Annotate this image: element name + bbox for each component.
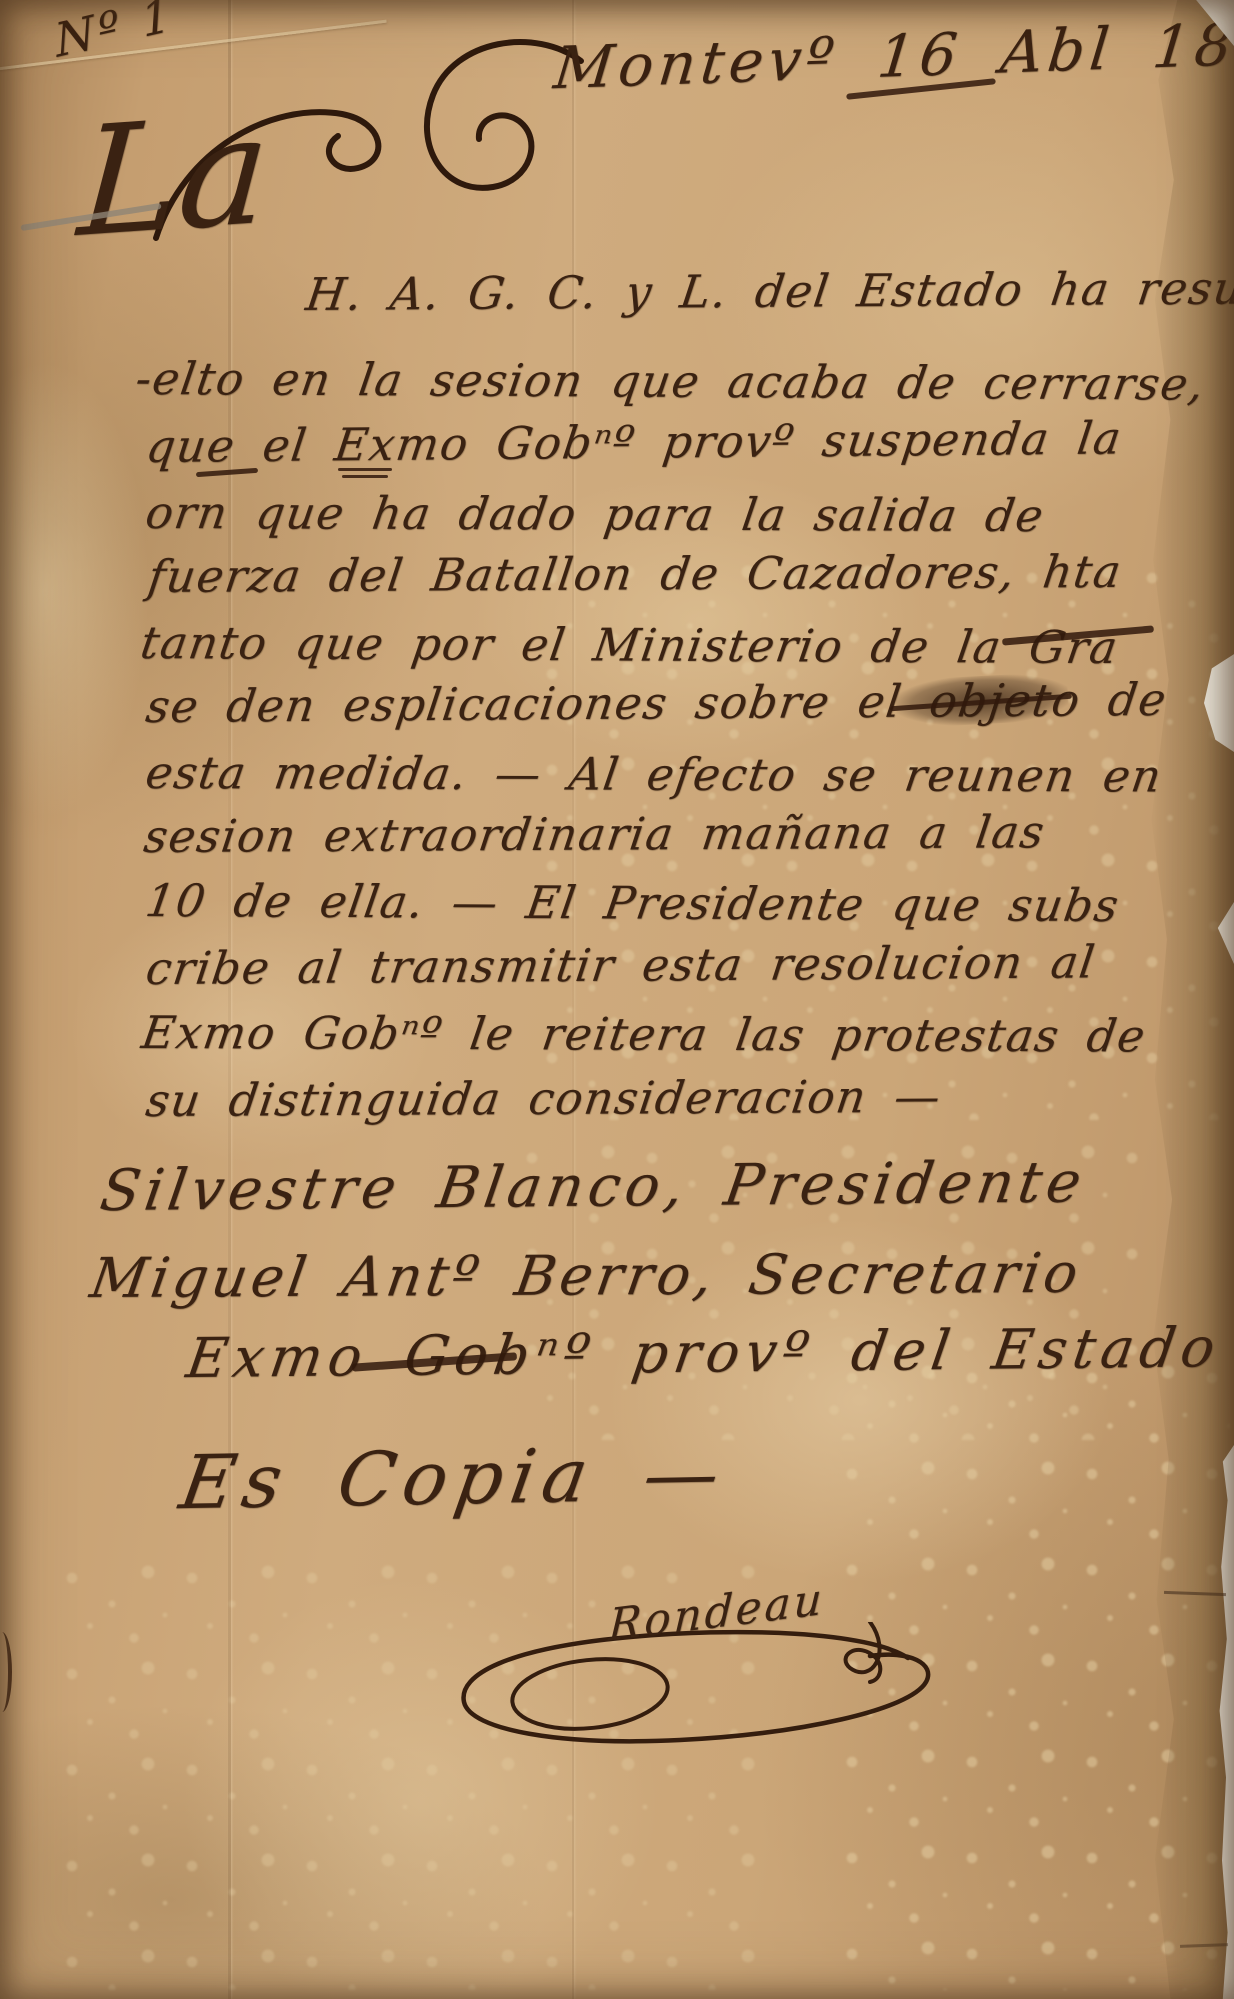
body-line-3: que el Exmo Gobⁿº provº suspenda la <box>143 411 1125 473</box>
manuscript-page: Nº 1 Montevº 16 Abl 1830 La H. A. G. C. … <box>0 0 1234 1999</box>
body-line-8: esta medida. — Al efecto se reunen en <box>142 746 1166 803</box>
abbreviation-underline <box>342 475 388 478</box>
body-line-10: 10 de ella. — El Presidente que subs <box>142 874 1123 932</box>
body-line-4: orn que ha dado para la salida de <box>142 486 1048 542</box>
body-line-6: tanto que por el Ministerio de la Gra <box>137 616 1122 674</box>
body-line-12: Exmo Gobⁿº le reitera las protestas de <box>138 1006 1149 1062</box>
dateline: Montevº 16 Abl 1830 <box>551 7 1234 102</box>
body-line-9: sesion extraordinaria mañana a las <box>141 805 1049 863</box>
body-line-5: fuerza del Batallon de Cazadores, hta <box>145 545 1126 603</box>
addressee-line: Exmo Gobⁿº provº del Estado <box>183 1315 1226 1390</box>
ink-mark-left-edge <box>0 1632 12 1712</box>
signature-president: Silvestre Blanco, Presidente <box>96 1149 1090 1224</box>
signature-secretary: Miguel Antº Berro, Secretario <box>86 1241 1086 1310</box>
fold-crease-vertical <box>228 0 231 1999</box>
body-line-1: H. A. G. C. y L. del Estado ha resu <box>303 261 1234 321</box>
archival-number: Nº 1 <box>52 0 177 68</box>
opening-initial: La <box>74 83 275 271</box>
certification: Es Copia — <box>174 1430 733 1526</box>
body-line-7: se den esplicaciones sobre el objeto de <box>143 673 1171 733</box>
body-line-2: -elto en la sesion que acaba de cerrarse… <box>132 352 1208 411</box>
rubric-flourish <box>440 1622 960 1772</box>
stain <box>0 360 150 820</box>
countersignature: Rondeau <box>607 1573 826 1651</box>
body-line-11: cribe al transmitir esta resolucion al <box>143 935 1099 995</box>
body-line-13: su distinguida consideracion — <box>143 1070 945 1127</box>
